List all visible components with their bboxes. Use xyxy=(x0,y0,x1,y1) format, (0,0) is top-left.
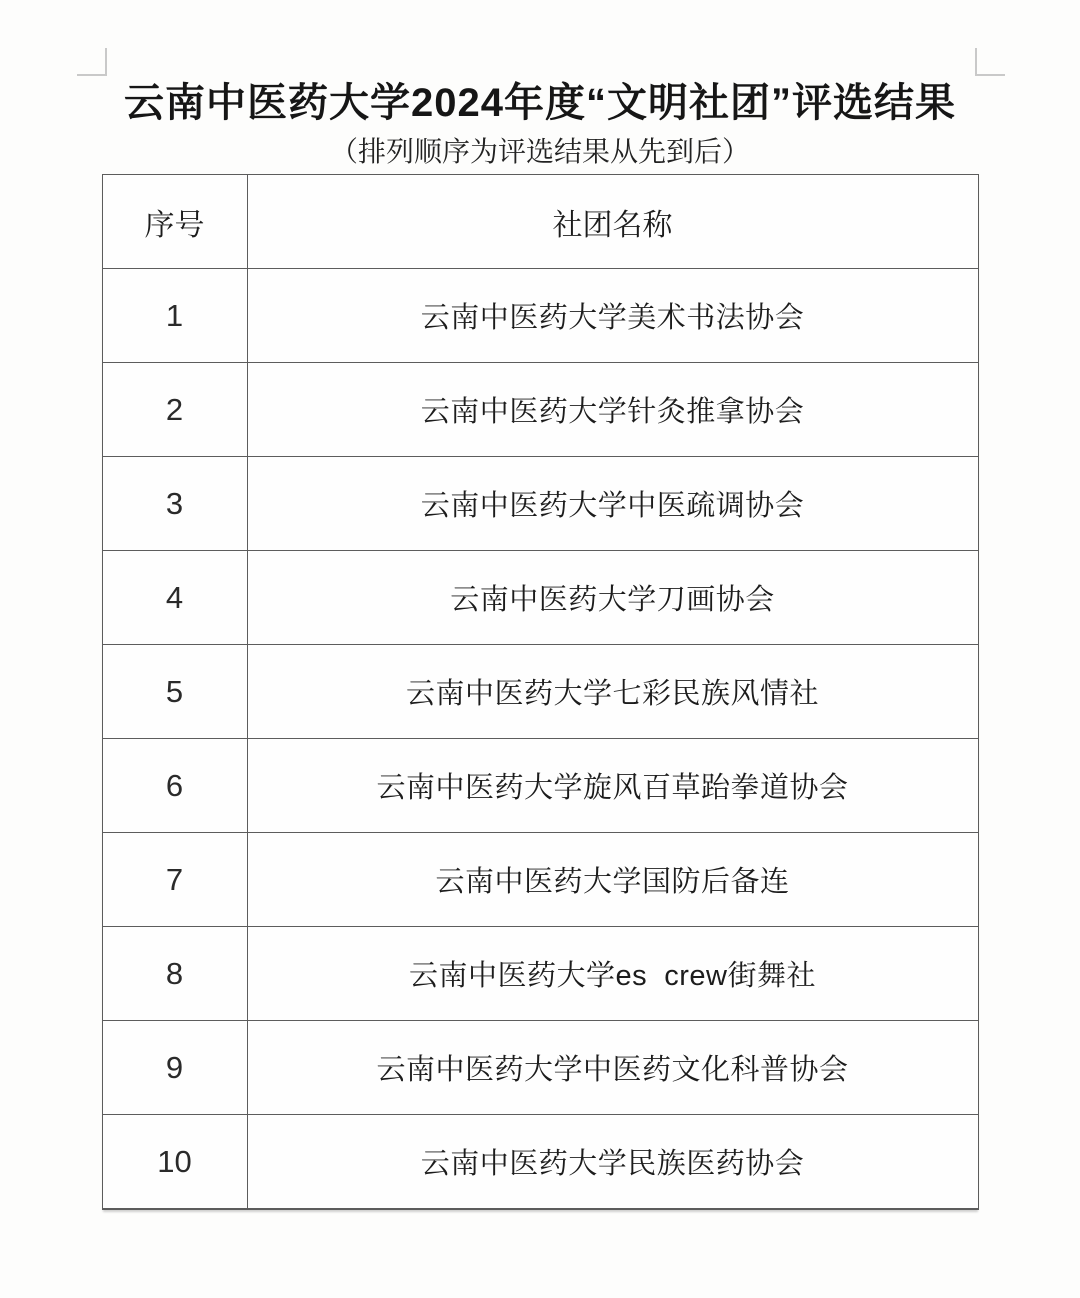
page-title: 云南中医药大学2024年度“文明社团”评选结果 xyxy=(0,0,1080,128)
column-header-club-name: 社团名称 xyxy=(247,175,978,269)
club-name: 云南中医药大学国防后备连 xyxy=(247,833,978,927)
results-table: 序号 社团名称 1 云南中医药大学美术书法协会 2 云南中医药大学针灸推拿协会 … xyxy=(102,174,979,1210)
table-row: 7 云南中医药大学国防后备连 xyxy=(102,833,978,927)
row-number: 7 xyxy=(102,833,247,927)
club-name: 云南中医药大学美术书法协会 xyxy=(247,269,978,363)
row-number: 5 xyxy=(102,645,247,739)
row-number: 10 xyxy=(102,1115,247,1210)
table-row: 6 云南中医药大学旋风百草跆拳道协会 xyxy=(102,739,978,833)
table-row: 1 云南中医药大学美术书法协会 xyxy=(102,269,978,363)
column-header-number: 序号 xyxy=(102,175,247,269)
page-subtitle: （排列顺序为评选结果从先到后） xyxy=(0,134,1080,170)
table-row: 3 云南中医药大学中医疏调协会 xyxy=(102,457,978,551)
table-row: 10 云南中医药大学民族医药协会 xyxy=(102,1115,978,1210)
row-number: 4 xyxy=(102,551,247,645)
page-corner-mark-top-right xyxy=(975,48,1005,76)
row-number: 6 xyxy=(102,739,247,833)
club-name: 云南中医药大学针灸推拿协会 xyxy=(247,363,978,457)
row-number: 3 xyxy=(102,457,247,551)
club-name: 云南中医药大学民族医药协会 xyxy=(247,1115,978,1210)
page-corner-mark-top-left xyxy=(77,48,107,76)
table-row: 2 云南中医药大学针灸推拿协会 xyxy=(102,363,978,457)
table-row: 5 云南中医药大学七彩民族风情社 xyxy=(102,645,978,739)
row-number: 1 xyxy=(102,269,247,363)
club-name: 云南中医药大学中医疏调协会 xyxy=(247,457,978,551)
row-number: 2 xyxy=(102,363,247,457)
table-row: 9 云南中医药大学中医药文化科普协会 xyxy=(102,1021,978,1115)
club-name: 云南中医药大学七彩民族风情社 xyxy=(247,645,978,739)
row-number: 9 xyxy=(102,1021,247,1115)
club-name: 云南中医药大学刀画协会 xyxy=(247,551,978,645)
table-row: 4 云南中医药大学刀画协会 xyxy=(102,551,978,645)
club-name: 云南中医药大学旋风百草跆拳道协会 xyxy=(247,739,978,833)
table-row: 8 云南中医药大学es crew街舞社 xyxy=(102,927,978,1021)
row-number: 8 xyxy=(102,927,247,1021)
club-name: 云南中医药大学中医药文化科普协会 xyxy=(247,1021,978,1115)
document-page: 云南中医药大学2024年度“文明社团”评选结果 （排列顺序为评选结果从先到后） … xyxy=(0,0,1080,1298)
table-header-row: 序号 社团名称 xyxy=(102,175,978,269)
club-name: 云南中医药大学es crew街舞社 xyxy=(247,927,978,1021)
